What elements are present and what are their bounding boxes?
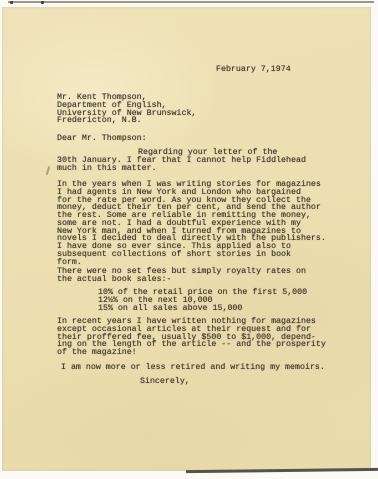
royalty-rates-list: 10% of the retail price on the first 5,0… xyxy=(98,289,307,312)
scan-speck xyxy=(10,1,13,4)
letter-paragraph-4: In recent years I have written nothing f… xyxy=(57,318,326,357)
recipient-address: Mr. Kent Thompson, Department of English… xyxy=(57,94,196,125)
scan-top-edge-line xyxy=(8,1,374,3)
scanned-letter-page: { "colors": { "paper": "#ecdfb1", "ink":… xyxy=(0,0,378,479)
salutation: Dear Mr. Thompson: xyxy=(57,135,147,143)
letter-date: February 7,1974 xyxy=(216,66,291,74)
letter-paragraph-1: Regarding your letter of the 30th Januar… xyxy=(57,149,306,172)
letter-paragraph-2: In the years when I was writing stories … xyxy=(57,181,326,266)
letter-paragraph-5: I am now more or less retired and writin… xyxy=(57,364,325,372)
closing: Sincerely, xyxy=(140,378,190,386)
letter-paragraph-3: There were no set fees but simply royalt… xyxy=(57,268,306,284)
scan-speck xyxy=(41,1,44,4)
